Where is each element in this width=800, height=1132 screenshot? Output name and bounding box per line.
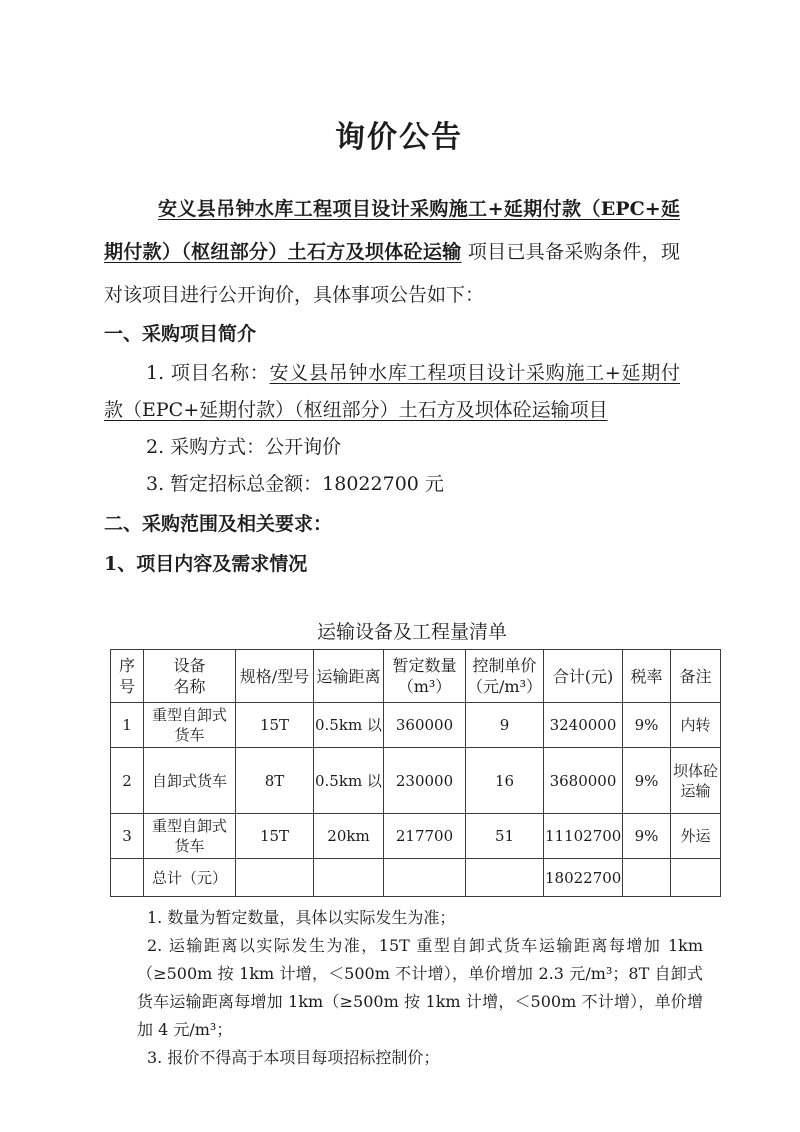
table-row: 2 自卸式货车 8T 0.5km 以内 230000 16 3680000 9%…	[111, 748, 721, 814]
header-spec-model: 规格/型号	[236, 650, 314, 703]
document-page: 询价公告 安义县吊钟水库工程项目设计采购施工+延期付款（EPC+延期付款）（枢纽…	[0, 0, 800, 1132]
cell-tax: 9%	[623, 703, 671, 748]
cell-remark: 内转	[671, 703, 721, 748]
cell-remark: 外运	[671, 814, 721, 859]
cell-total: 18022700	[544, 859, 623, 897]
note-item: 1. 数量为暂定数量，具体以实际发生为准；	[137, 904, 703, 932]
procurement-method-item: 2. 采购方式：公开询价	[104, 429, 680, 466]
project-name-label: 1. 项目名称：	[146, 362, 270, 384]
header-remarks: 备注	[671, 650, 721, 703]
cell-equipment: 自卸式货车	[144, 748, 236, 814]
cell-distance: 20km	[314, 814, 384, 859]
equipment-quantities-table: 序 号 设备 名称 规格/型号 运输距离 暂定数量 （m³） 控制单价 （元/m…	[110, 649, 721, 897]
intro-paragraph: 安义县吊钟水库工程项目设计采购施工+延期付款（EPC+延期付款）（枢纽部分）土石…	[104, 188, 680, 317]
cell-equipment: 重型自卸式货车	[144, 814, 236, 859]
table-notes: 1. 数量为暂定数量，具体以实际发生为准； 2. 运输距离以实际发生为准，15T…	[137, 904, 703, 1072]
header-serial-number: 序 号	[111, 650, 144, 703]
header-transport-distance: 运输距离	[314, 650, 384, 703]
cell-spec: 15T	[236, 703, 314, 748]
project-name-item: 1. 项目名称：安义县吊钟水库工程项目设计采购施工+延期付款（EPC+延期付款）…	[104, 355, 680, 429]
cell-total: 3680000	[544, 748, 623, 814]
cell-tax	[623, 859, 671, 897]
table-row: 1 重型自卸式货车 15T 0.5km 以内 360000 9 3240000 …	[111, 703, 721, 748]
header-tax-rate: 税率	[623, 650, 671, 703]
cell-serial: 1	[111, 703, 144, 748]
cell-equipment: 重型自卸式货车	[144, 703, 236, 748]
header-control-unit-price: 控制单价 （元/m³）	[466, 650, 544, 703]
table-title: 运输设备及工程量清单	[104, 619, 720, 645]
cell-quantity	[384, 859, 466, 897]
cell-total-label: 总计（元）	[144, 859, 236, 897]
cell-serial: 2	[111, 748, 144, 814]
cell-spec: 8T	[236, 748, 314, 814]
note-item: 3. 报价不得高于本项目每项招标控制价；	[137, 1044, 703, 1072]
cell-tax: 9%	[623, 814, 671, 859]
cell-distance: 0.5km 以内	[314, 748, 384, 814]
cell-remark	[671, 859, 721, 897]
note-item: 2. 运输距离以实际发生为准，15T 重型自卸式货车运输距离每增加 1km（≥5…	[137, 932, 703, 1044]
cell-quantity: 217700	[384, 814, 466, 859]
cell-distance: 0.5km 以内	[314, 703, 384, 748]
cell-unit-price: 9	[466, 703, 544, 748]
table-row: 3 重型自卸式货车 15T 20km 217700 51 11102700 9%…	[111, 814, 721, 859]
table-total-row: 总计（元） 18022700	[111, 859, 721, 897]
cell-distance	[314, 859, 384, 897]
table-header-row: 序 号 设备 名称 规格/型号 运输距离 暂定数量 （m³） 控制单价 （元/m…	[111, 650, 721, 703]
cell-tax: 9%	[623, 748, 671, 814]
cell-total: 11102700	[544, 814, 623, 859]
cell-unit-price	[466, 859, 544, 897]
header-tentative-quantity: 暂定数量 （m³）	[384, 650, 466, 703]
cell-spec	[236, 859, 314, 897]
cell-serial: 3	[111, 814, 144, 859]
cell-serial	[111, 859, 144, 897]
cell-total: 3240000	[544, 703, 623, 748]
budget-amount-item: 3. 暂定招标总金额：18022700 元	[104, 466, 680, 503]
cell-quantity: 360000	[384, 703, 466, 748]
header-total: 合计(元)	[544, 650, 623, 703]
cell-remark: 坝体砼运输	[671, 748, 721, 814]
cell-spec: 15T	[236, 814, 314, 859]
cell-unit-price: 16	[466, 748, 544, 814]
section-1-heading: 一、采购项目简介	[104, 321, 720, 347]
subsection-1-heading: 1、项目内容及需求情况	[104, 551, 720, 577]
header-equipment-name: 设备 名称	[144, 650, 236, 703]
document-title: 询价公告	[104, 120, 694, 156]
cell-quantity: 230000	[384, 748, 466, 814]
section-2-heading: 二、采购范围及相关要求：	[104, 511, 720, 537]
cell-unit-price: 51	[466, 814, 544, 859]
